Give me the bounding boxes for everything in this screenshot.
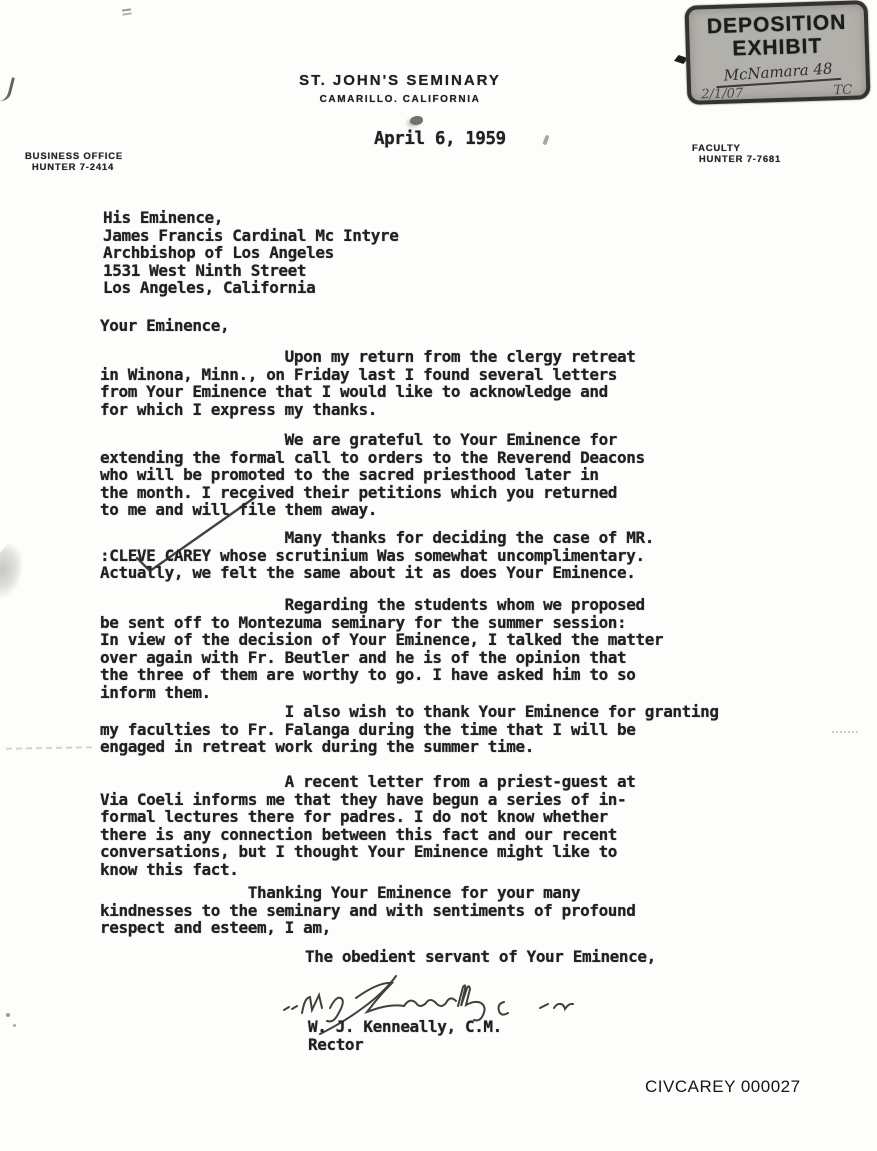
scan-faint-dashes-right: [832, 731, 858, 733]
scan-faint-dashes-left: [6, 746, 92, 750]
handwritten-checkmark: [120, 490, 270, 582]
stamp-handwritten-date: 2/1/07: [701, 86, 743, 102]
letterhead-faculty: FACULTY HUNTER 7-7681: [692, 143, 781, 165]
body-paragraph-1: Upon my return from the clergy retreat i…: [100, 348, 636, 418]
letter-page: DEPOSITION EXHIBIT McNamara 48 2/1/07 TC…: [0, 0, 877, 1151]
scan-speck-bottom-left-2: [13, 1024, 16, 1027]
letterhead-name: ST. JOHN'S SEMINARY: [250, 72, 550, 89]
scan-speck-by-date: [542, 135, 549, 146]
deposition-stamp: DEPOSITION EXHIBIT McNamara 48 2/1/07 TC: [684, 0, 870, 105]
scan-speck-bottom-left-1: [6, 1013, 10, 1017]
scan-speck-top: [122, 8, 131, 11]
recipient-address: His Eminence, James Francis Cardinal Mc …: [103, 209, 398, 297]
letterhead-business-office: BUSINESS OFFICE HUNTER 7-2414: [25, 151, 123, 173]
closing-line: The obedient servant of Your Eminence,: [305, 948, 656, 966]
signer-title: Rector: [308, 1035, 363, 1054]
bates-number: CIVCAREY 000027: [645, 1077, 801, 1097]
salutation: Your Eminence,: [100, 317, 229, 335]
body-paragraph-6: A recent letter from a priest-guest at V…: [100, 773, 636, 878]
scan-smudge-top-left: [0, 75, 15, 103]
scan-blob-under-letterhead: [410, 116, 423, 125]
body-paragraph-4: Regarding the students whom we proposed …: [100, 596, 663, 701]
letterhead-location: CAMARILLO. CALIFORNIA: [250, 94, 550, 105]
typed-signature-name: W. J. Kenneally, C.M.: [308, 1017, 502, 1036]
body-paragraph-5: I also wish to thank Your Eminence for g…: [100, 703, 719, 756]
typed-signature-block: W. J. Kenneally, C.M. Rector: [308, 1018, 502, 1053]
body-paragraph-7: Thanking Your Eminence for your many kin…: [100, 884, 636, 937]
scan-smudge-left-edge: [0, 541, 28, 602]
letter-date: April 6, 1959: [374, 131, 506, 149]
stamp-handwritten-initials: TC: [833, 83, 852, 99]
